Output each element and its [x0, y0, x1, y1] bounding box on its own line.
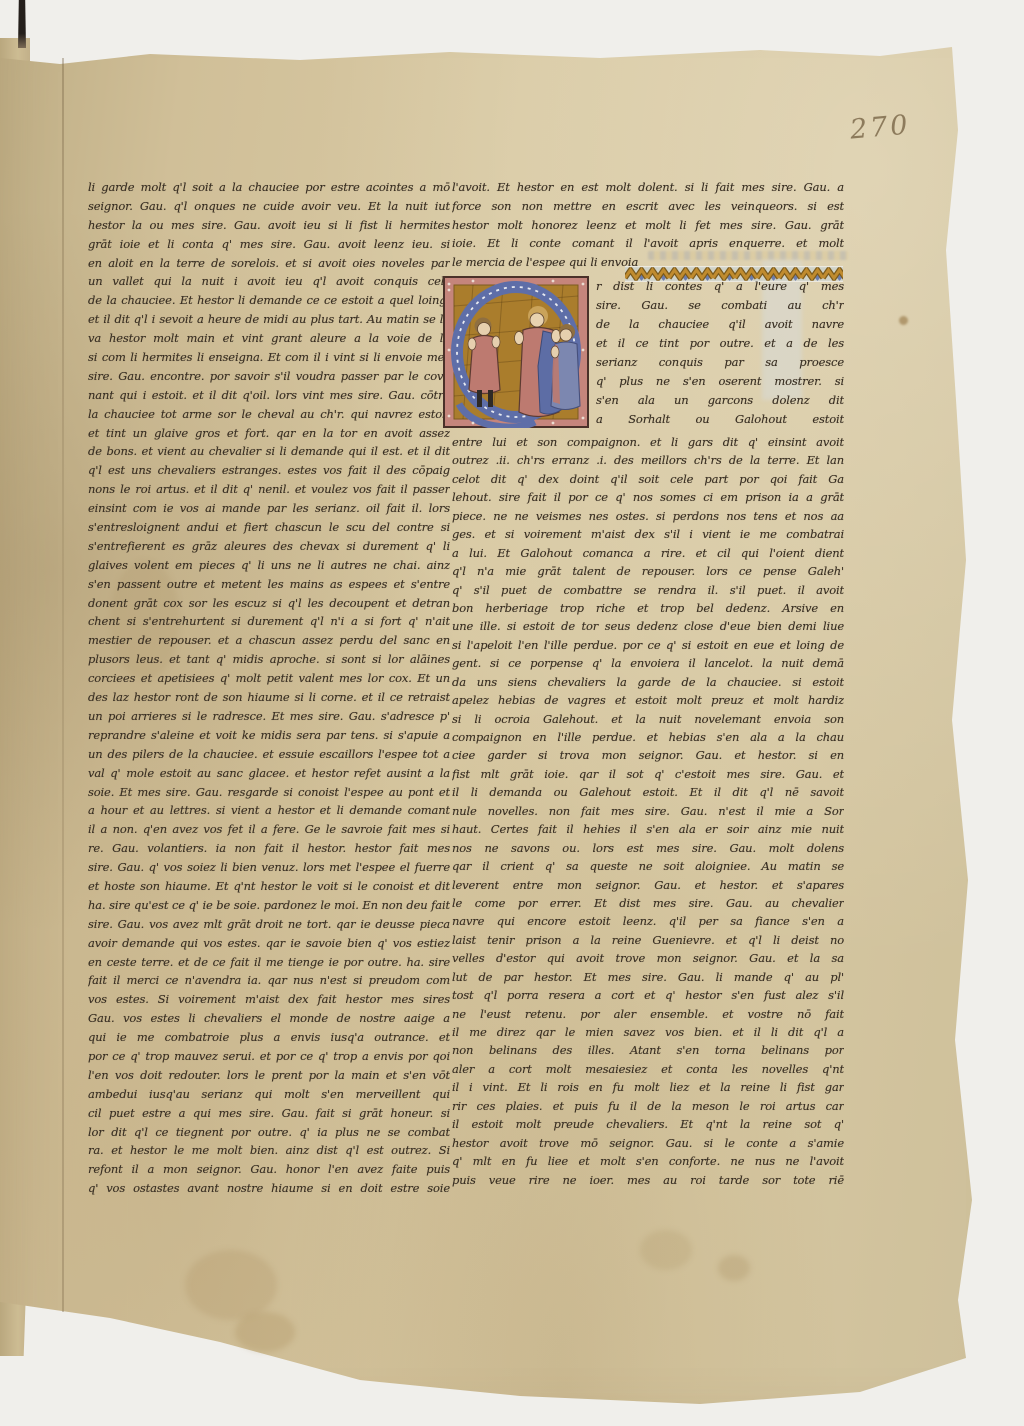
text-line: nant qui i estoit. et il dit q'oil. lors…	[88, 386, 450, 405]
text-line: q' s'il puet de combattre se rendra il. …	[452, 581, 844, 599]
text-line: hestor avoit trove mō seignor. Gau. si l…	[452, 1134, 844, 1152]
text-line: la chauciee tot arme sor le cheval au ch…	[88, 405, 450, 424]
text-line: si com li hermites li enseigna. Et com i…	[88, 348, 450, 367]
text-line: s'entresloignent andui et fiert chascun …	[88, 518, 450, 537]
text-line: outrez .ii. ch'rs erranz .i. des meillor…	[452, 451, 844, 469]
text-line: et il ce tint por outre. et a de les	[596, 334, 844, 353]
text-line: ra. et hestor le me molt bien. ainz dist…	[88, 1141, 450, 1160]
text-line: refont il a mon seignor. Gau. honor l'en…	[88, 1160, 450, 1179]
text-line: soie. Et mes sire. Gau. resgarde si cono…	[88, 783, 450, 802]
text-line: fait il merci ce n'avendra ia. qar nus n…	[88, 971, 450, 990]
text-line: et hoste son hiaume. Et q'nt hestor le v…	[88, 877, 450, 896]
text-line: sire. Gau. q' vos soiez li bien venuz. l…	[88, 858, 450, 877]
text-line: avoir demande qui vos estes. qar ie savo…	[88, 934, 450, 953]
text-line: q' plus ne s'en oserent mostrer. si	[596, 372, 844, 391]
text-line: qui ie me combatroie plus a envis iusq'a…	[88, 1028, 450, 1047]
text-line: gent. si ce porpense q' la envoiera il l…	[452, 654, 844, 672]
text-line: glaives volent em pieces q' li uns ne li…	[88, 556, 450, 575]
text-line: laist tenir prison a la reine Guenievre.…	[452, 931, 844, 949]
text-line: une ille. si estoit de tor seus dedenz c…	[452, 617, 844, 635]
text-line: da uns siens chevaliers la garde de la c…	[452, 673, 844, 691]
text-line: s'en ala un garcons dolenz dit	[596, 391, 844, 410]
text-line: nons le roi artus. et il dit q' nenil. e…	[88, 480, 450, 499]
text-line: non belinans des illes. Atant s'en torna…	[452, 1041, 844, 1059]
text-line: lor dit q'l ce tiegnent por outre. q' ia…	[88, 1123, 450, 1142]
text-line: chent si s'entrehurtent si durement q'l …	[88, 612, 450, 631]
text-line: il a non. q'en avez vos fet il a fere. G…	[88, 820, 450, 839]
stain	[235, 1312, 295, 1352]
text-line: des laz hestor ront de son hiaume si li …	[88, 688, 450, 707]
text-line: serianz conquis par sa proesce	[596, 353, 844, 372]
text-line: q'l est uns chevaliers estranges. estes …	[88, 461, 450, 480]
text-line: il me direz qar le mien savez vos bien. …	[452, 1023, 844, 1041]
stain	[185, 1250, 277, 1320]
text-line: qar il crient q' sa queste ne soit aloig…	[452, 857, 844, 875]
text-line: ciee garder si trova mon seignor. Gau. e…	[452, 746, 844, 764]
text-line: velles d'estor qui avoit trove mon seign…	[452, 949, 844, 967]
text-line: sire. Gau. se combati au ch'r	[596, 296, 844, 315]
stain	[718, 1255, 750, 1281]
text-line: nos ne savons ou. lors est mes sire. Gau…	[452, 839, 844, 857]
text-line: navre qui encore estoit leenz. q'il per …	[452, 912, 844, 930]
text-line: puis veue rire ne ioer. mes au roi tarde…	[452, 1171, 844, 1189]
text-line: leverent entre mon seignor. Gau. et hest…	[452, 876, 844, 894]
text-line: a hour et au lettres. si vient a hestor …	[88, 801, 450, 820]
text-line: hestor la ou mes sire. Gau. avoit ieu si…	[88, 216, 450, 235]
text-line: reprandre s'aleine et voit ke midis sera…	[88, 726, 450, 745]
text-line: force son non mettre en escrit avec les …	[452, 197, 844, 216]
text-line: nule novelles. non fait mes sire. Gau. n…	[452, 802, 844, 820]
text-line: compaignon en l'ille perdue. et hebias s…	[452, 728, 844, 746]
illuminated-initial-O	[443, 276, 589, 428]
text-line: li garde molt q'l soit a la chauciee por…	[88, 178, 450, 197]
text-line: piece. ne ne veismes nes ostes. si perdo…	[452, 507, 844, 525]
text-line: plusors leus. et tant q' midis aproche. …	[88, 650, 450, 669]
miniature	[443, 276, 589, 428]
text-line: sire. Gau. encontre. por savoir s'il vou…	[88, 367, 450, 386]
text-line: s'en passent outre et metent les mains a…	[88, 575, 450, 594]
text-line: et il dit q'l i sevoit a heure de midi a…	[88, 310, 450, 329]
text-line: un des pilers de la chauciee. et essuie …	[88, 745, 450, 764]
text-line: et tint un glaive gros et fort. qar en l…	[88, 424, 450, 443]
text-line: le come por errer. Et dist mes sire. Gau…	[452, 894, 844, 912]
text-line: s'entrefierent es grāz aleures des cheva…	[88, 537, 450, 556]
text-line: ne l'eust retenu. por aler ensemble. et …	[452, 1005, 844, 1023]
text-column-right-top: l'avoit. Et hestor en est molt dolent. s…	[452, 178, 844, 272]
text-line: hestor molt honorez leenz et molt li fet…	[452, 216, 844, 235]
text-line: grāt ioie et li conta q' mes sire. Gau. …	[88, 235, 450, 254]
text-line: il li demanda ou Galehout estoit. Et il …	[452, 783, 844, 801]
text-line: donent grāt cox sor les escuz si q'l les…	[88, 594, 450, 613]
text-line: cil puet estre a qui mes sire. Gau. fait…	[88, 1104, 450, 1123]
text-line: tost q'l porra resera a cort et q' hesto…	[452, 986, 844, 1004]
stain	[640, 1230, 692, 1270]
bookmark-tassel	[18, 0, 26, 48]
text-line: por ce q' trop mauvez serui. et por ce q…	[88, 1047, 450, 1066]
text-line: si li ocroia Galehout. et la nuit novele…	[452, 710, 844, 728]
text-line: fist mlt grāt ioie. qar il sot q' c'esto…	[452, 765, 844, 783]
text-column-left: li garde molt q'l soit a la chauciee por…	[88, 178, 450, 1198]
text-line: en ceste terre. et de ce fait il me tien…	[88, 953, 450, 972]
text-line: a Sorhalt ou Galohout estoit	[596, 410, 844, 429]
text-line: ha. sire qu'est ce q' ie be soie. pardon…	[88, 896, 450, 915]
text-line: lut de par hestor. Et mes sire. Gau. li …	[452, 968, 844, 986]
gutter-crease	[62, 58, 64, 1312]
text-line: l'avoit. Et hestor en est molt dolent. s…	[452, 178, 844, 197]
text-line: aler a cort molt mesaiesiez et conta les…	[452, 1060, 844, 1078]
text-line: l'en vos doit redouter. lors le prent po…	[88, 1066, 450, 1085]
text-line: de la chauciee q'il avoit navre	[596, 315, 844, 334]
text-line: va hestor molt main et vint grant aleure…	[88, 329, 450, 348]
text-line: q' mlt en fu liee et molt s'en conforte.…	[452, 1152, 844, 1170]
text-line: bon herberiage trop riche et trop bel de…	[452, 599, 844, 617]
text-line: lehout. sire fait il por ce q' nos somes…	[452, 488, 844, 506]
text-line: en aloit en la terre de sorelois. et si …	[88, 254, 450, 273]
text-line: ges. et si voirement m'aist dex s'il i v…	[452, 525, 844, 543]
text-line: si l'apeloit l'en l'ille perdue. por ce …	[452, 636, 844, 654]
text-line: un vallet qui la nuit i avoit ieu q'l av…	[88, 272, 450, 291]
text-line: q'l n'a mie grāt talent de repouser. lor…	[452, 562, 844, 580]
text-line: celot dit q' dex doint q'il soit cele pa…	[452, 470, 844, 488]
text-line: einsint com ie vos ai mande par les seri…	[88, 499, 450, 518]
text-line: apelez hebias de vagres et estoit molt p…	[452, 691, 844, 709]
text-line: entre lui et son compaignon. et li gars …	[452, 433, 844, 451]
text-line: val q' mole estoit au sanc glacee. et he…	[88, 764, 450, 783]
text-line: mestier de repouser. et a chascun assez …	[88, 631, 450, 650]
text-line: ambedui iusq'au serianz qui molt s'en me…	[88, 1085, 450, 1104]
manuscript-scan: 270 li garde molt q'l soit a la chauciee…	[0, 0, 1024, 1426]
text-line: il i vint. Et li rois en fu molt liez et…	[452, 1078, 844, 1096]
text-line: Gau. vos estes li chevaliers el monde de…	[88, 1009, 450, 1028]
text-column-right-lower: entre lui et son compaignon. et li gars …	[452, 433, 844, 1189]
text-line: un poi arrieres si le radresce. Et mes s…	[88, 707, 450, 726]
text-line: vos estes. Si voirement m'aist dex fait …	[88, 990, 450, 1009]
text-line: il estoit molt preude chevaliers. Et q'n…	[452, 1115, 844, 1133]
text-line: ioie. Et li conte comant il l'avoit apri…	[452, 234, 844, 253]
stain	[899, 316, 908, 325]
text-line: sire. Gau. vos avez mlt grāt droit ne to…	[88, 915, 450, 934]
text-line: haut. Certes fait il hehies il s'en ala …	[452, 820, 844, 838]
text-line: r dist li contes q' a l'eure q' mes	[596, 277, 844, 296]
text-column-right-beside-miniature: r dist li contes q' a l'eure q' messire.…	[596, 277, 844, 429]
text-line: a lui. Et Galohout comanca a rire. et ci…	[452, 544, 844, 562]
text-line: rir ces plaies. et puis fu il de la meso…	[452, 1097, 844, 1115]
text-line: re. Gau. volantiers. ia non fait il hest…	[88, 839, 450, 858]
text-line: corciees et apetisiees q' molt petit val…	[88, 669, 450, 688]
folio-number: 270	[849, 109, 912, 145]
text-line: de la chauciee. Et hestor li demande ce …	[88, 291, 450, 310]
text-line: q' vos ostastes avant nostre hiaume si e…	[88, 1179, 450, 1198]
text-line: seignor. Gau. q'l onques ne cuide avoir …	[88, 197, 450, 216]
text-line: de bons. et vient au chevalier si li dem…	[88, 442, 450, 461]
